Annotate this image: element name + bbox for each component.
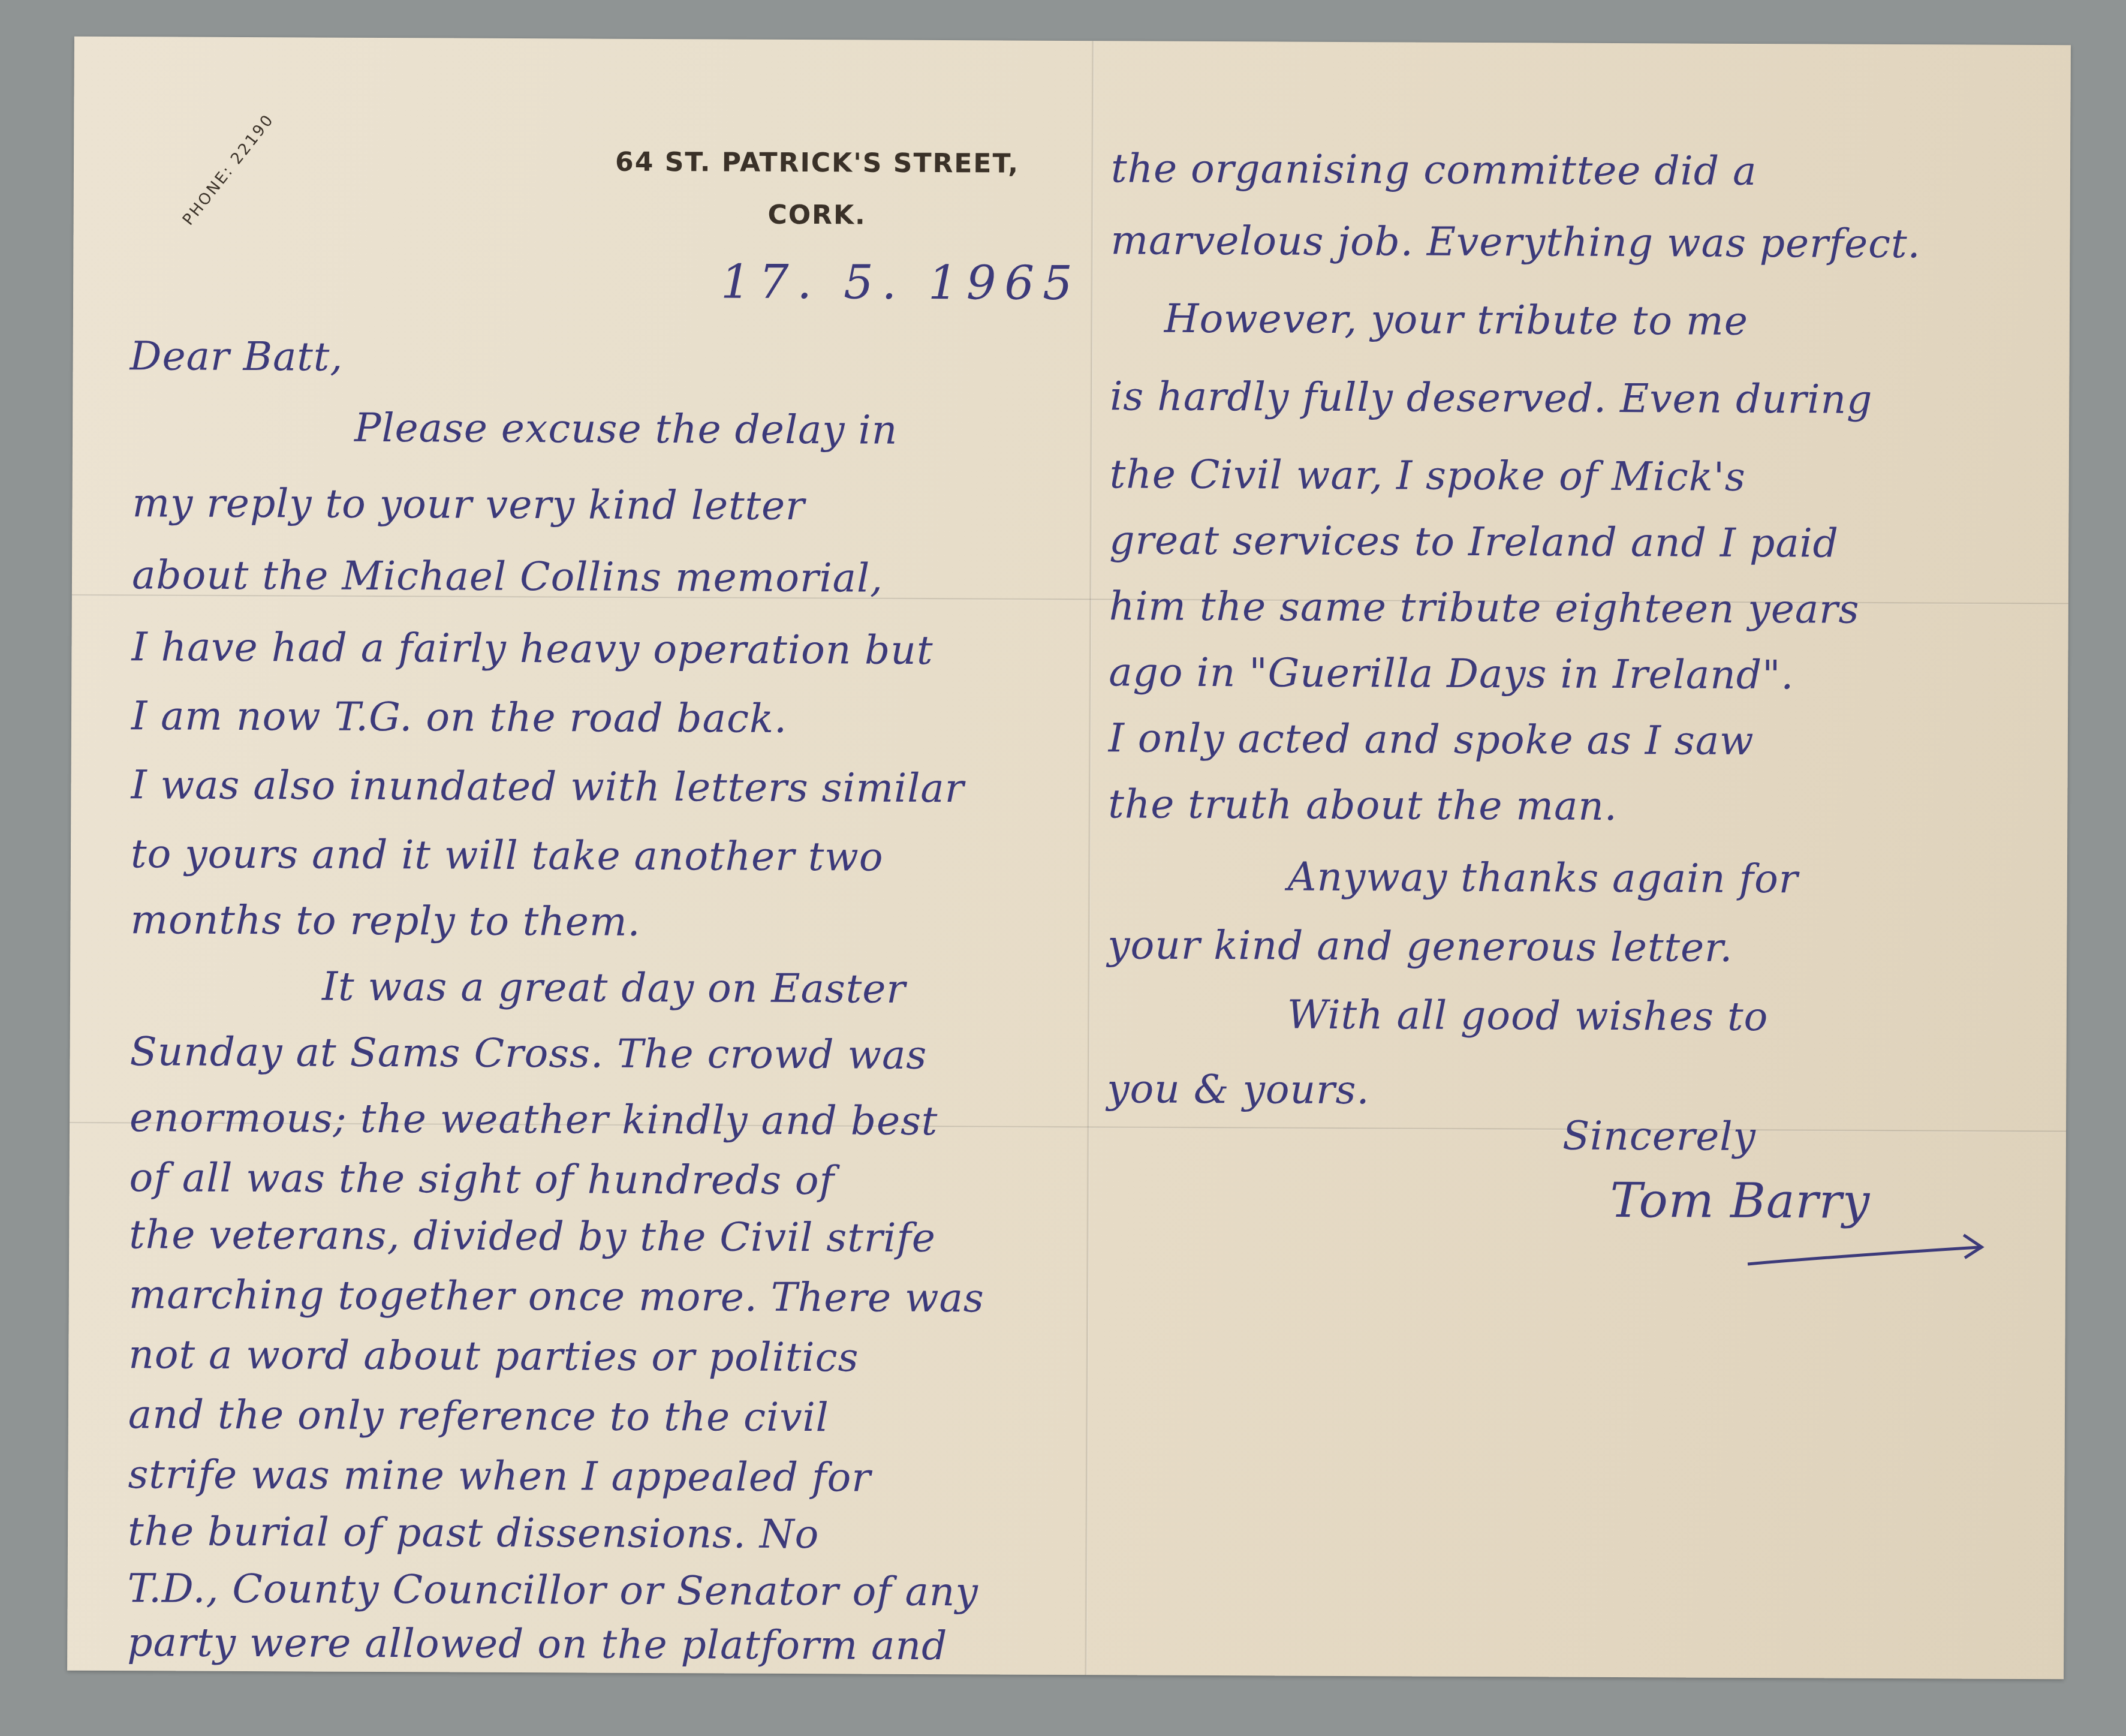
body-line: the burial of past dissensions. No xyxy=(128,1512,820,1554)
body-line: With all good wishes to xyxy=(1287,995,1769,1037)
letterhead-phone: PHONE: 22190 xyxy=(179,111,278,229)
body-line: not a word about parties or politics xyxy=(128,1335,859,1377)
body-line: the veterans, divided by the Civil strif… xyxy=(129,1215,936,1258)
body-line: It was a great day on Easter xyxy=(322,967,906,1009)
body-line: to yours and it will take another two xyxy=(131,834,884,877)
letter-date: 17. 5. 1965 xyxy=(721,255,1081,311)
body-line: Sunday at Sams Cross. The crowd was xyxy=(130,1032,927,1075)
body-line: I have had a fairly heavy operation but xyxy=(131,627,933,670)
body-line: about the Michael Collins memorial, xyxy=(132,555,883,598)
body-line: marching together once more. There was xyxy=(129,1275,984,1318)
letter-paper: PHONE: 22190 64 ST. PATRICK'S STREET, CO… xyxy=(67,37,2071,1680)
signature: Tom Barry xyxy=(1610,1177,1870,1226)
body-line: Please excuse the delay in xyxy=(354,408,898,450)
body-line: and the only reference to the civil xyxy=(128,1395,829,1437)
letterhead-street: 64 ST. PATRICK'S STREET, xyxy=(517,146,1117,179)
body-line: you & yours. xyxy=(1107,1069,1369,1110)
body-line: the truth about the man. xyxy=(1108,784,1618,826)
body-line: him the same tribute eighteen years xyxy=(1109,586,1860,629)
body-line: my reply to your very kind letter xyxy=(132,483,805,526)
body-line: However, your tribute to me xyxy=(1164,299,1748,341)
body-line: the organising committee did a xyxy=(1111,149,1757,191)
body-line: I only acted and spoke as I saw xyxy=(1109,718,1754,761)
body-line: strife was mine when I appealed for xyxy=(128,1455,871,1497)
body-line: marvelous job. Everything was perfect. xyxy=(1110,221,1920,264)
salutation: Dear Batt, xyxy=(130,336,343,377)
body-line: great services to Ireland and I paid xyxy=(1109,521,1839,563)
body-line: your kind and generous letter. xyxy=(1107,925,1733,968)
body-line: T.D., County Councillor or Senator of an… xyxy=(128,1569,978,1612)
body-line: enormous; the weather kindly and best xyxy=(130,1098,938,1141)
body-line: I was also inundated with letters simila… xyxy=(131,765,964,808)
right-page: the organising committee did a marvelous… xyxy=(1086,41,2071,1679)
body-line: ago in "Guerilla Days in Ireland". xyxy=(1109,652,1794,695)
letterhead: 64 ST. PATRICK'S STREET, CORK. xyxy=(517,146,1118,231)
body-line: party were allowed on the platform and xyxy=(127,1623,947,1666)
signature-flourish-arrow-icon xyxy=(1742,1222,2005,1283)
body-line: months to reply to them. xyxy=(130,900,640,942)
left-page: PHONE: 22190 64 ST. PATRICK'S STREET, CO… xyxy=(67,37,1094,1675)
body-line: of all was the sight of hundreds of xyxy=(130,1158,835,1201)
body-line: Anyway thanks again for xyxy=(1288,858,1799,899)
letterhead-city: CORK. xyxy=(517,198,1117,231)
closing: Sincerely xyxy=(1562,1117,1756,1157)
body-line: I am now T.G. on the road back. xyxy=(131,696,787,739)
body-line: the Civil war, I spoke of Mick's xyxy=(1110,455,1746,497)
body-line: is hardly fully deserved. Even during xyxy=(1110,377,1872,420)
